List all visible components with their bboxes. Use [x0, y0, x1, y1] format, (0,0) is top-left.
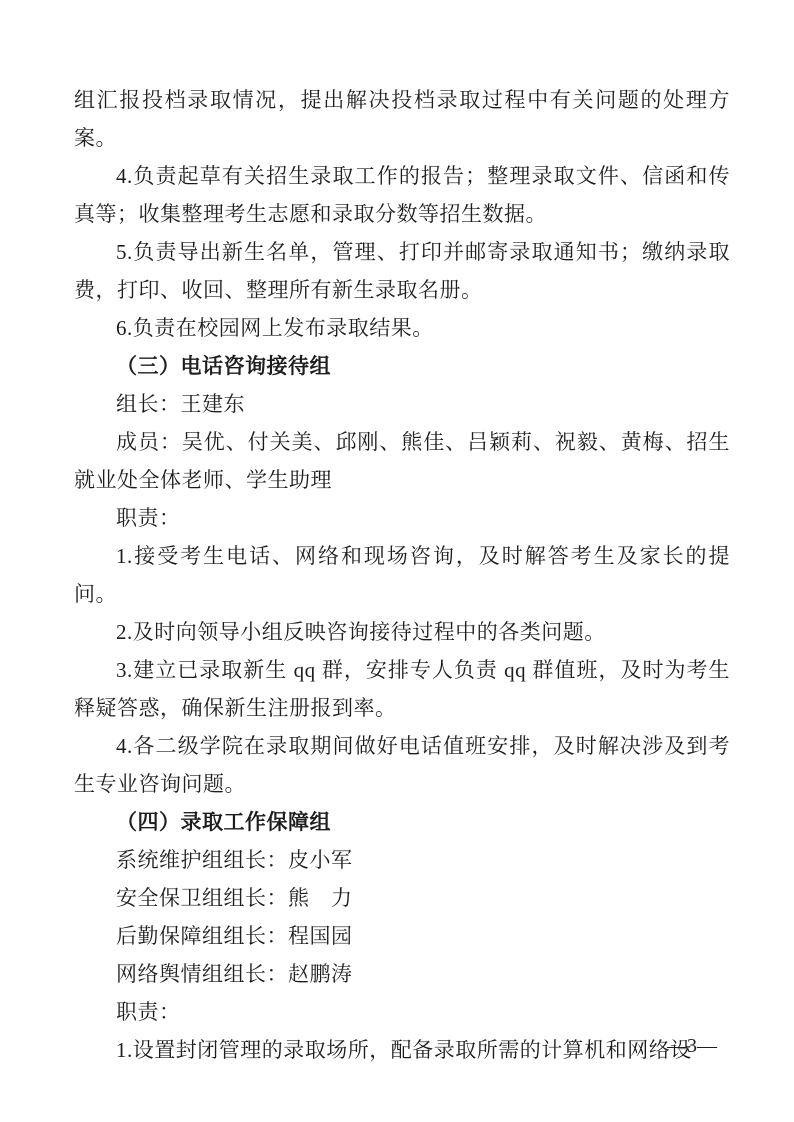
paragraph: 网络舆情组组长：赵鹏涛: [74, 955, 730, 993]
paragraph: 职责：: [74, 499, 730, 537]
paragraph: 2.及时向领导小组反映咨询接待过程中的各类问题。: [74, 613, 730, 651]
section-heading: （三）电话咨询接待组: [74, 347, 730, 385]
paragraph: 3.建立已录取新生 qq 群，安排专人负责 qq 群值班，及时为考生释疑答惑，确…: [74, 651, 730, 727]
paragraph: 安全保卫组组长：熊 力: [74, 879, 730, 917]
paragraph: 系统维护组组长：皮小军: [74, 841, 730, 879]
paragraph: 5.负责导出新生名单，管理、打印并邮寄录取通知书；缴纳录取费，打印、收回、整理所…: [74, 233, 730, 309]
paragraph: 成员：吴优、付关美、邱刚、熊佳、吕颖莉、祝毅、黄梅、招生就业处全体老师、学生助理: [74, 423, 730, 499]
paragraph: 6.负责在校园网上发布录取结果。: [74, 309, 730, 347]
paragraph: 1.设置封闭管理的录取场所，配备录取所需的计算机和网络设: [74, 1031, 730, 1069]
paragraph: 1.接受考生电话、网络和现场咨询，及时解答考生及家长的提问。: [74, 537, 730, 613]
page-number: —3—: [667, 1034, 717, 1058]
paragraph: 4.负责起草有关招生录取工作的报告；整理录取文件、信函和传真等；收集整理考生志愿…: [74, 157, 730, 233]
paragraph: 组汇报投档录取情况，提出解决投档录取过程中有关问题的处理方案。: [74, 81, 730, 157]
document-body: 组汇报投档录取情况，提出解决投档录取过程中有关问题的处理方案。4.负责起草有关招…: [74, 81, 730, 1069]
paragraph: 4.各二级学院在录取期间做好电话值班安排，及时解决涉及到考生专业咨询问题。: [74, 727, 730, 803]
paragraph: 职责：: [74, 993, 730, 1031]
document-page: 组汇报投档录取情况，提出解决投档录取过程中有关问题的处理方案。4.负责起草有关招…: [0, 0, 794, 1122]
section-heading: （四）录取工作保障组: [74, 803, 730, 841]
paragraph: 后勤保障组组长：程国园: [74, 917, 730, 955]
paragraph: 组长：王建东: [74, 385, 730, 423]
